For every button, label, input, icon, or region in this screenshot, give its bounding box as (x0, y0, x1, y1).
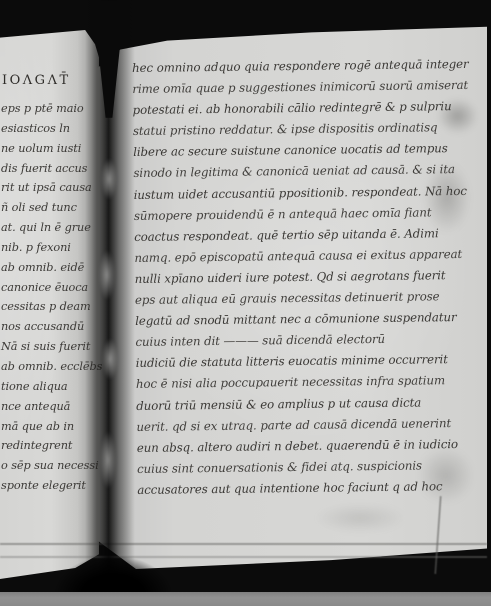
manuscript-line: nce antequā (1, 397, 98, 417)
manuscript-line: ne uolum iusti (1, 139, 98, 159)
left-page-heading: IOΛGΛT̄ (2, 73, 71, 88)
manuscript-line: hoc ē nisi alia poccupauerit necessitas … (136, 370, 489, 395)
gutter-wrinkle-highlight (99, 330, 121, 388)
gutter-wrinkle-highlight (98, 150, 120, 208)
gutter-wrinkle-highlight (96, 240, 118, 310)
manuscript-line: Nā si suis fuerit (1, 337, 98, 357)
manuscript-photo: IOΛGΛT̄ eps p ptē maio esiasticos ln ne … (0, 0, 491, 606)
manuscript-line: esiasticos ln (1, 119, 98, 139)
manuscript-line: o sēp sua necessi (1, 456, 98, 476)
manuscript-line: redintegrent (1, 436, 98, 456)
parchment-stain (300, 498, 420, 538)
photo-bottom-gray-strip (0, 592, 491, 606)
left-page-textblock: eps p ptē maio esiasticos ln ne uolum iu… (1, 99, 98, 496)
gutter-wrinkle-highlight (97, 420, 119, 500)
manuscript-line: ab omnib. ecclēbs (1, 357, 98, 377)
manuscript-line: cessitas p deam (1, 297, 98, 317)
manuscript-line: canonice ēuoca (1, 278, 98, 298)
gutter-bottom-shadow (50, 544, 190, 596)
manuscript-line: ab omnib. eidē (1, 258, 98, 278)
manuscript-line: rit ut ipsā causa (1, 178, 98, 198)
parchment-stain (416, 150, 478, 245)
manuscript-line: tione aliqua (1, 377, 98, 397)
manuscript-line: mā que ab in (1, 417, 98, 437)
manuscript-line: at. qui ln ē grue (1, 218, 98, 238)
manuscript-line: dis fuerit accus (1, 159, 98, 179)
manuscript-line: sponte elegerit (1, 476, 98, 496)
manuscript-line: ñ oli sed tunc (1, 198, 98, 218)
parchment-stain (430, 92, 485, 140)
manuscript-line: nib. p fexoni (1, 238, 98, 258)
manuscript-line: eps p ptē maio (1, 99, 98, 119)
manuscript-line: nos accusandū (1, 317, 98, 337)
